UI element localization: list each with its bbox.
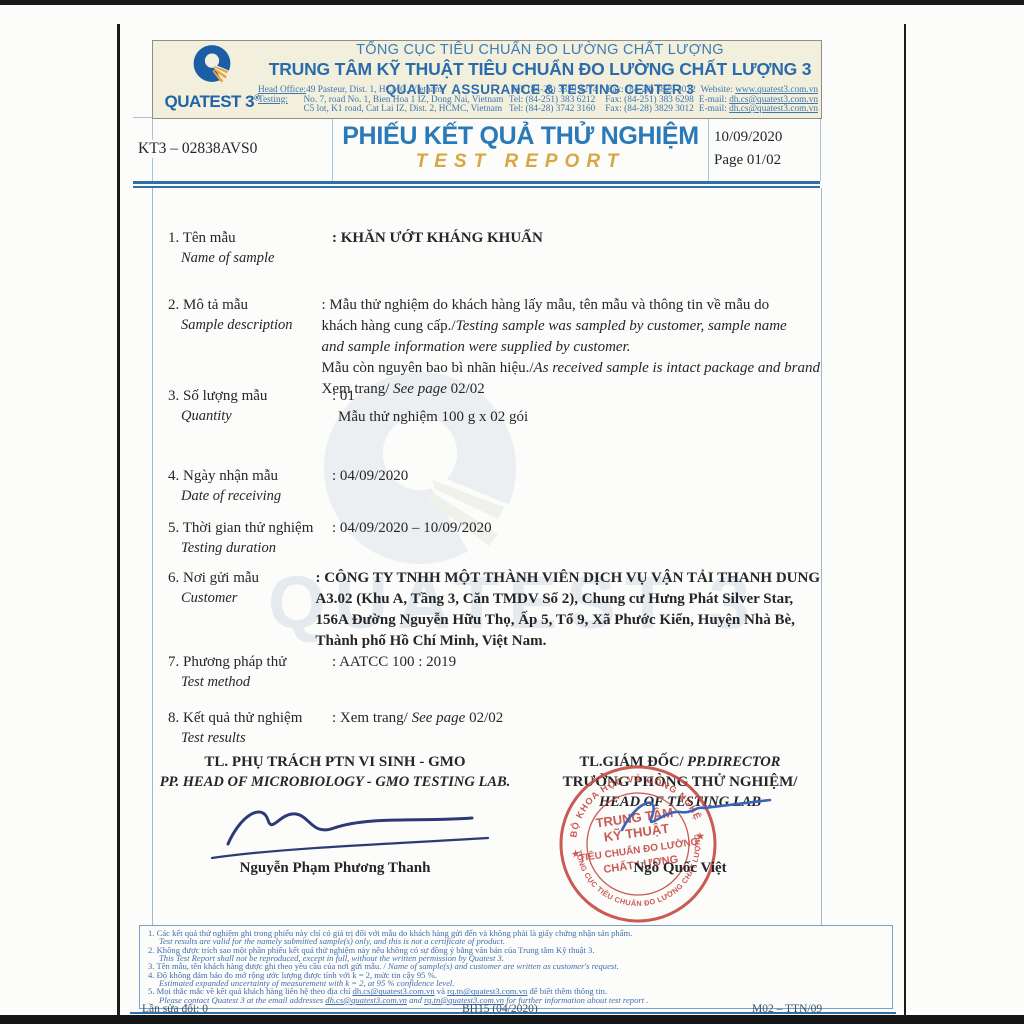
report-page-number: Page 01/02 <box>714 152 781 169</box>
section-value: : 04/09/2020 – 10/09/2020 <box>332 518 820 558</box>
section-value: : 04/09/2020 <box>332 466 820 506</box>
contact-fax: Fax: (84-28) 3829 3012 <box>605 105 699 115</box>
label-vi: 5. Thời gian thử nghiệm <box>168 518 332 538</box>
section-label: 6. Nơi gửi mẫu Customer <box>168 568 315 652</box>
contact-row-testing-2: C5 lot, K1 road, Cat Lai IZ, Dist. 2, HC… <box>258 105 818 115</box>
scan-edge-top <box>0 0 1024 5</box>
section-label: 8. Kết quả thử nghiệm Test results <box>168 708 332 748</box>
section-label: 2. Mô tả mẫu Sample description <box>168 295 321 400</box>
scan-edge-left <box>117 24 120 1015</box>
section-date-of-receiving: 4. Ngày nhận mẫu Date of receiving : 04/… <box>168 466 820 506</box>
label-en: Testing duration <box>168 538 332 558</box>
contact-table: Head Office: 49 Pasteur, Dist. 1, HCMC, … <box>258 86 818 115</box>
email-link: dh.cs@quatest3.com.vn <box>325 995 407 1005</box>
label-vi: 1. Tên mẫu <box>168 228 332 248</box>
contact-address: C5 lot, K1 road, Cat Lai IZ, Dist. 2, HC… <box>303 105 508 115</box>
logo-wordmark: QUATEST 3® <box>162 92 262 112</box>
sig-left-title-en: PP. HEAD OF MICROBIOLOGY - GMO TESTING L… <box>150 772 520 792</box>
org-name-parent: TỔNG CỤC TIÊU CHUẨN ĐO LƯỜNG CHẤT LƯỢNG <box>262 42 818 58</box>
section-value: : Xem trang/ See page 02/02 <box>332 708 820 748</box>
footer-rule <box>130 1012 896 1014</box>
scanned-test-report-page: QUATEST 3 QUATEST 3® TỔNG CỤC TIÊU CHUẨN… <box>0 0 1024 1024</box>
section-value: : Mẫu thử nghiệm do khách hàng lấy mẫu, … <box>321 295 820 400</box>
label-vi: 3. Số lượng mẫu <box>168 386 332 406</box>
label-vi: 8. Kết quả thử nghiệm <box>168 708 332 728</box>
quatest3-logo-icon <box>189 44 235 90</box>
report-title-vi: PHIẾU KẾT QUẢ THỬ NGHIỆM <box>333 122 708 151</box>
label-en: Customer <box>168 588 315 608</box>
label-en: Sample description <box>168 315 321 335</box>
handwritten-signature-right <box>592 782 782 857</box>
quatest3-logo: QUATEST 3® <box>162 44 262 114</box>
section-value: : KHĂN ƯỚT KHÁNG KHUẨN <box>332 228 820 268</box>
section-label: 4. Ngày nhận mẫu Date of receiving <box>168 466 332 506</box>
section-test-results: 8. Kết quả thử nghiệm Test results : Xem… <box>168 708 820 748</box>
label-vi: 4. Ngày nhận mẫu <box>168 466 332 486</box>
section-quantity: 3. Số lượng mẫu Quantity : 01 Mẫu thử ng… <box>168 386 820 428</box>
contact-label <box>258 105 303 115</box>
label-vi: 6. Nơi gửi mẫu <box>168 568 315 588</box>
label-en: Date of receiving <box>168 486 332 506</box>
section-label: 7. Phương pháp thử Test method <box>168 652 332 692</box>
double-rule <box>133 181 820 188</box>
title-bar-divider <box>708 117 709 181</box>
label-vi: 2. Mô tả mẫu <box>168 295 321 315</box>
section-value: : 01 Mẫu thử nghiệm 100 g x 02 gói <box>332 386 820 428</box>
section-label: 1. Tên mẫu Name of sample <box>168 228 332 268</box>
signatory-left-name: Nguyễn Phạm Phương Thanh <box>150 860 520 877</box>
label-en: Test method <box>168 672 332 692</box>
notes-box: 1. Các kết quả thử nghiệm ghi trong phiế… <box>139 925 893 1009</box>
label-en: Test results <box>168 728 332 748</box>
title-bar-divider <box>820 117 821 181</box>
signatory-right-name: Ngô Quốc Việt <box>530 860 830 877</box>
scan-edge-bottom <box>0 1015 1024 1024</box>
section-testing-duration: 5. Thời gian thử nghiệm Testing duration… <box>168 518 820 558</box>
section-value: : AATCC 100 : 2019 <box>332 652 820 692</box>
org-name-vi: TRUNG TÂM KỸ THUẬT TIÊU CHUẨN ĐO LƯỜNG C… <box>262 59 818 80</box>
label-en: Name of sample <box>168 248 332 268</box>
section-label: 5. Thời gian thử nghiệm Testing duration <box>168 518 332 558</box>
email-link: dh.cs@quatest3.com.vn <box>729 104 818 114</box>
contact-email: E-mail: dh.cs@quatest3.com.vn <box>699 105 818 115</box>
contact-tel: Tel: (84-28) 3742 3160 <box>509 105 605 115</box>
report-title-en: TEST REPORT <box>333 151 708 173</box>
section-test-method: 7. Phương pháp thử Test method : AATCC 1… <box>168 652 820 692</box>
report-date: 10/09/2020 <box>714 129 782 146</box>
sig-left-title-vi: TL. PHỤ TRÁCH PTN VI SINH - GMO <box>150 752 520 772</box>
email-link: dh.cs@quatest3.com.vn <box>729 95 818 105</box>
sample-name-value: : KHĂN ƯỚT KHÁNG KHUẨN <box>332 228 820 249</box>
section-label: 3. Số lượng mẫu Quantity <box>168 386 332 428</box>
website-link: www.quatest3.com.vn <box>735 85 818 95</box>
section-customer: 6. Nơi gửi mẫu Customer : CÔNG TY TNHH M… <box>168 568 820 652</box>
section-value: : CÔNG TY TNHH MỘT THÀNH VIÊN DỊCH VỤ VẬ… <box>315 568 820 652</box>
label-vi: 7. Phương pháp thử <box>168 652 332 672</box>
label-en: Quantity <box>168 406 332 426</box>
signatory-left-titles: TL. PHỤ TRÁCH PTN VI SINH - GMO PP. HEAD… <box>150 752 520 792</box>
report-code: KT3 – 02838AVS0 <box>135 140 260 158</box>
scan-edge-right <box>904 24 906 1015</box>
section-sample-description: 2. Mô tả mẫu Sample description : Mẫu th… <box>168 295 820 400</box>
section-name-of-sample: 1. Tên mẫu Name of sample : KHĂN ƯỚT KHÁ… <box>168 228 820 268</box>
contact-label: Testing: <box>258 96 303 106</box>
